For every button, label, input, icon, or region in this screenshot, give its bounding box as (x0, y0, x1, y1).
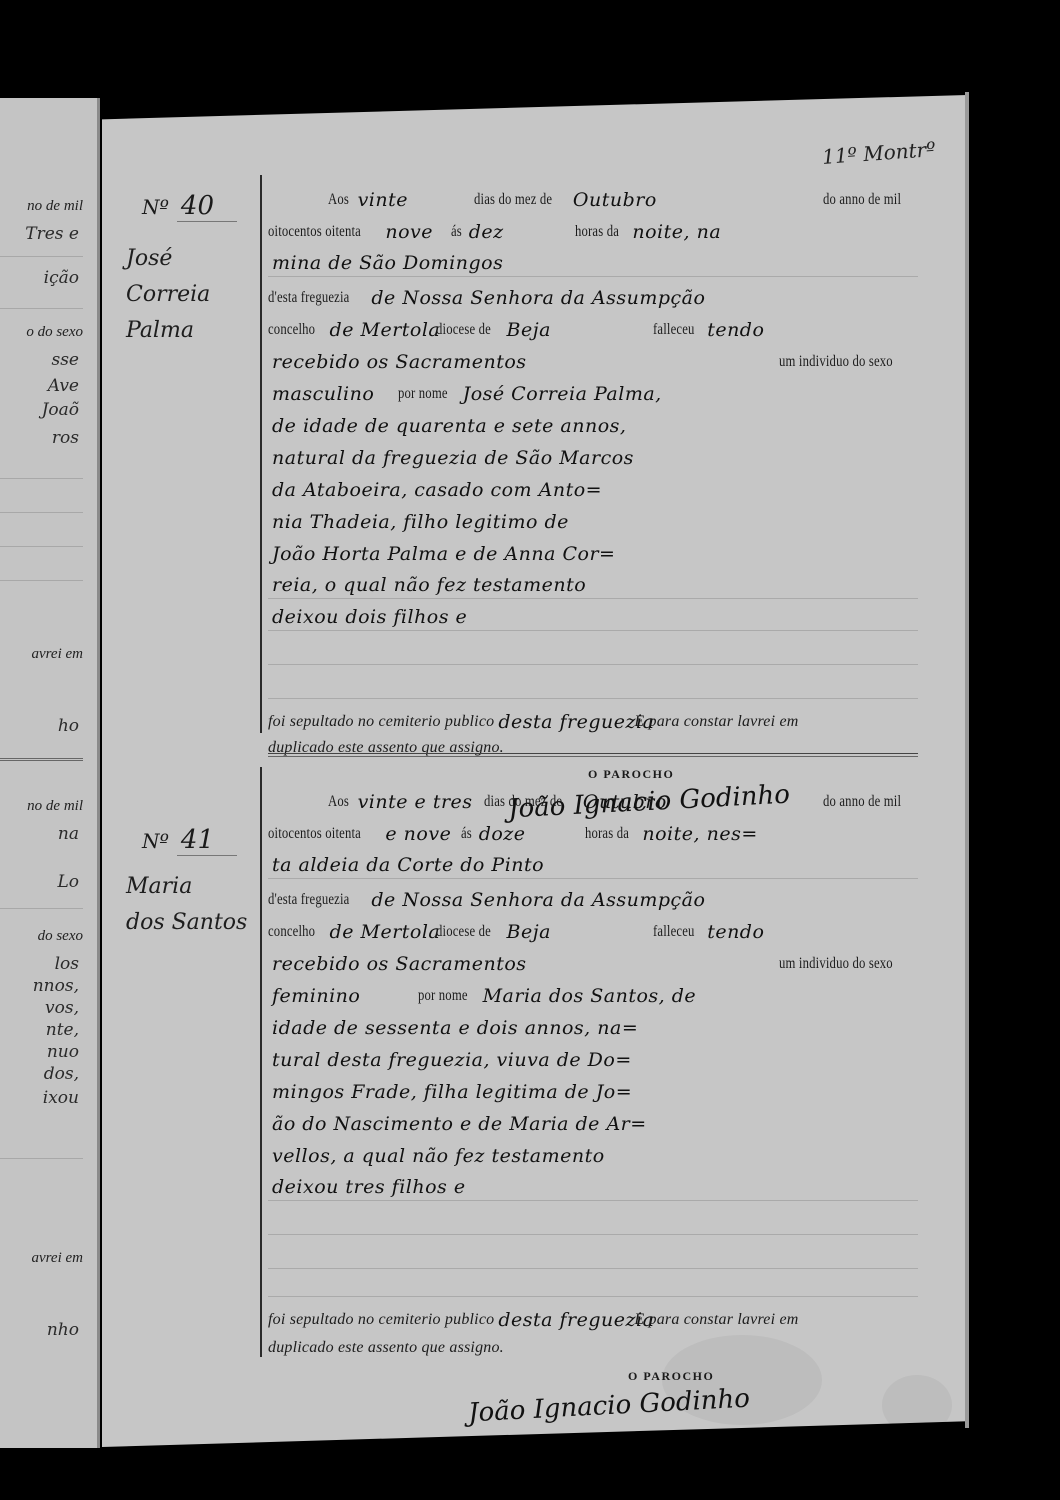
entry-line-5: concelho de Mertola diocese de Beja fall… (268, 311, 918, 343)
testament: reia, o qual não fez testamento (268, 574, 918, 598)
margin-rule (260, 175, 262, 733)
margin-rule (260, 767, 262, 1357)
deceased-name-margin: José Correia Palma (126, 241, 256, 349)
number-label: Nº (142, 829, 169, 853)
parocho-label: O PAROCHO (628, 1369, 714, 1384)
entry-line-11: nia Thadeia, filho legitimo de (268, 503, 918, 535)
fragment-hand: Lo (57, 872, 79, 892)
fragment-print: no de mil (27, 798, 83, 815)
diocese: Beja (503, 319, 653, 343)
testament: vellos, a qual não fez testamento (268, 1145, 918, 1169)
entry-line-6: recebido os Sacramentos um individuo do … (268, 945, 918, 977)
fragment-print: avrei em (31, 646, 83, 663)
entry-line-6: recebido os Sacramentos um individuo do … (268, 343, 918, 375)
ruled-line (0, 308, 83, 309)
municipality: de Mertola (326, 921, 436, 945)
time-of-day: noite, nes= (638, 823, 918, 847)
entry-line-12: vellos, a qual não fez testamento (268, 1137, 918, 1169)
ruled-line (0, 546, 83, 547)
number-value: 40 (177, 191, 237, 222)
ruled-line (0, 512, 83, 513)
fragment-hand: Ave (48, 376, 79, 396)
death-day: vinte e tres (354, 791, 484, 815)
fragment-hand: ixou (43, 1088, 79, 1108)
fragment-print: do sexo (38, 928, 83, 945)
blank-line (268, 1265, 918, 1297)
children: deixou tres filhos e (268, 1176, 918, 1200)
year-suffix: e nove (381, 823, 461, 847)
fragment-hand: nuo (47, 1042, 79, 1062)
birthplace: natural da freguezia de São Marcos (268, 447, 918, 471)
entry-divider (268, 753, 918, 757)
parish: de Nossa Senhora da Assumpção (367, 889, 918, 913)
entry-line-13: deixou tres filhos e (268, 1169, 918, 1201)
blank-line (268, 667, 918, 699)
record-number: Nº 41 (142, 825, 237, 856)
death-place: mina de São Domingos (268, 252, 918, 276)
entry-divider (0, 758, 83, 761)
previous-page-edge: no de mil Tres e ição o do sexo sse Ave … (0, 98, 100, 1448)
parocho-label: O PAROCHO (588, 767, 674, 782)
record-number: Nº 40 (142, 191, 237, 222)
ruled-line (0, 478, 83, 479)
entry-line-5: concelho de Mertola diocese de Beja fall… (268, 913, 918, 945)
death-hour: dez (465, 221, 575, 245)
fragment-hand: nte, (46, 1020, 79, 1040)
entry-line-1: Aos vinte dias do mez de Outubro do anno… (268, 181, 918, 213)
entry-line-8: idade de sessenta e dois annos, na= (268, 1009, 918, 1041)
parish: de Nossa Senhora da Assumpção (367, 287, 918, 311)
deceased-sex: feminino (268, 985, 418, 1009)
page-header-note: 11º Montrº (821, 137, 936, 169)
entry-line-11: ão do Nascimento e de Maria de Ar= (268, 1105, 918, 1137)
entry-line-7: feminino por nome Maria dos Santos, de (268, 977, 918, 1009)
paper-stain (882, 1375, 952, 1435)
entry-line-1: Aos vinte e tres dias do mez de Outubro … (268, 783, 918, 815)
ruled-line (0, 256, 83, 257)
death-hour: doze (475, 823, 585, 847)
blank-line (268, 1203, 918, 1235)
fragment-hand: Tres e (25, 224, 79, 244)
deceased-age: de idade de quarenta e sete annos, (268, 415, 918, 439)
deceased-name-margin: Maria dos Santos (126, 869, 256, 941)
municipality: de Mertola (326, 319, 436, 343)
deceased-sex: masculino (268, 383, 398, 407)
ruled-line (0, 1158, 83, 1159)
fragment-print: o do sexo (26, 324, 83, 341)
entry-line-9: tural desta freguezia, viuva de Do= (268, 1041, 918, 1073)
fragment-hand: na (58, 824, 79, 844)
fragment-hand: los (55, 954, 79, 974)
death-month: Outubro (579, 791, 699, 815)
entry-line-7: masculino por nome José Correia Palma, (268, 375, 918, 407)
death-month: Outubro (569, 189, 689, 213)
time-of-day: noite, na (628, 221, 918, 245)
entry-line-10: mingos Frade, filha legitima de Jo= (268, 1073, 918, 1105)
register-page: 11º Montrº Nº 40 José Correia Palma Aos … (102, 95, 967, 1447)
fragment-print: no de mil (27, 198, 83, 215)
year-suffix: nove (381, 221, 451, 245)
fragment-hand: ição (44, 268, 79, 288)
fragment-hand: dos, (44, 1064, 79, 1084)
entry-line-4: d'esta freguezia de Nossa Senhora da Ass… (268, 279, 918, 311)
fragment-print: avrei em (31, 1250, 83, 1267)
entry-line-13: reia, o qual não fez testamento (268, 567, 918, 599)
page-edge (965, 92, 969, 1428)
deceased-age: idade de sessenta e dois annos, na= (268, 1017, 918, 1041)
entry-line-2: oitocentos oitenta e nove ás doze horas … (268, 815, 918, 847)
entry-line-12: João Horta Palma e de Anna Cor= (268, 535, 918, 567)
entry-line-3: ta aldeia da Corte do Pinto (268, 847, 918, 879)
entry-line-8: de idade de quarenta e sete annos, (268, 407, 918, 439)
number-label: Nº (142, 195, 169, 219)
death-day: vinte (354, 189, 474, 213)
entry-line-4: d'esta freguezia de Nossa Senhora da Ass… (268, 881, 918, 913)
parents: João Horta Palma e de Anna Cor= (268, 543, 918, 567)
number-value: 41 (177, 825, 237, 856)
diocese: Beja (503, 921, 653, 945)
ruled-line (0, 580, 83, 581)
fragment-hand: ho (58, 716, 79, 736)
entry-line-14: deixou dois filhos e (268, 599, 918, 631)
sacraments: recebido os Sacramentos (268, 953, 568, 977)
birthplace: tural desta freguezia, viuva de Do= (268, 1049, 918, 1073)
duplicate-line: duplicado este assento que assigno. (268, 1329, 918, 1361)
fragment-hand: nho (47, 1320, 79, 1340)
entry-line-10: da Ataboeira, casado com Anto= (268, 471, 918, 503)
deceased-name: Maria dos Santos, de (479, 985, 918, 1009)
entry-line-3: mina de São Domingos (268, 245, 918, 277)
entry-line-2: oitocentos oitenta nove ás dez horas da … (268, 213, 918, 245)
blank-line (268, 633, 918, 665)
ruled-line (0, 908, 83, 909)
entry-line-9: natural da freguezia de São Marcos (268, 439, 918, 471)
fragment-hand: ros (52, 428, 79, 448)
death-place: ta aldeia da Corte do Pinto (268, 854, 918, 878)
children: deixou dois filhos e (268, 606, 918, 630)
sacraments: recebido os Sacramentos (268, 351, 568, 375)
deceased-name: José Correia Palma, (459, 383, 918, 407)
fragment-hand: vos, (45, 998, 79, 1018)
fragment-hand: sse (51, 350, 79, 370)
priest-signature: João Ignacio Godinho (467, 1384, 750, 1429)
fragment-hand: nnos, (33, 976, 79, 996)
fragment-hand: Joaõ (42, 400, 79, 420)
